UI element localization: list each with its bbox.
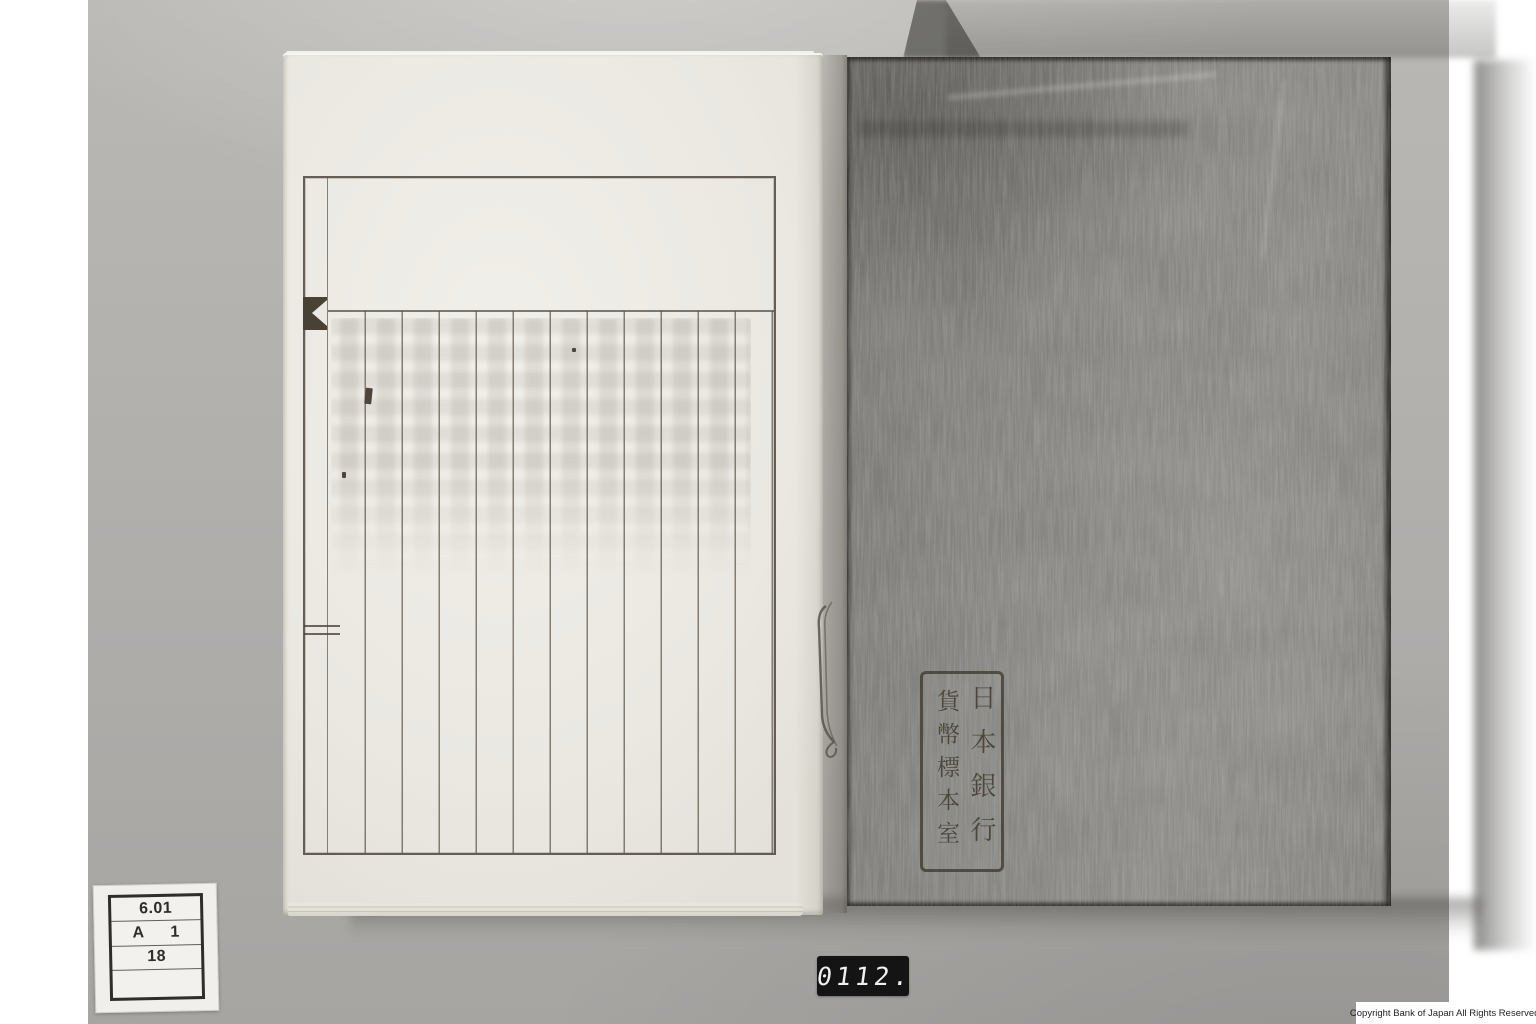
fishtail-mark-icon	[303, 297, 327, 330]
ink-speck	[342, 472, 346, 478]
label-row: 6.01	[111, 896, 200, 922]
shelf-label-card: 6.01 A 1 18	[93, 883, 220, 1014]
label-cell: 6.01	[139, 899, 173, 918]
stamp-column-right: 日本銀行	[963, 684, 1000, 860]
label-cell: 1	[170, 924, 180, 942]
label-row	[112, 969, 202, 998]
book-cover: 貨幣標本室 日本銀行	[847, 57, 1391, 906]
label-cell: 18	[147, 948, 166, 966]
frame-counter: 0112.	[817, 956, 909, 996]
counter-display: 0112.	[812, 962, 914, 991]
shelf-label-table: 6.01 A 1 18	[108, 893, 205, 1001]
ink-speck	[572, 348, 576, 352]
shadow-right-of-book	[1474, 60, 1536, 950]
hanshin-divider-line	[304, 625, 340, 627]
stamp-column-left: 貨幣標本室	[930, 689, 963, 854]
copyright-notice: Copyright Bank of Japan All Rights Reser…	[1356, 1002, 1536, 1024]
shadow-above-book	[946, 0, 1496, 58]
book-gutter	[795, 55, 847, 913]
binding-thread-icon	[810, 596, 844, 768]
archival-photo-page: 貨幣標本室 日本銀行 6.01 A 1 18 0112. Copyright B…	[0, 0, 1536, 1024]
cover-stamp: 貨幣標本室 日本銀行	[920, 671, 1004, 872]
bleed-through-text	[331, 318, 751, 578]
hanshin-fold-column	[305, 178, 328, 853]
label-row: A 1	[111, 920, 200, 946]
printed-page-frame	[303, 176, 776, 855]
cover-crease	[858, 121, 1188, 137]
label-cell: A	[132, 924, 144, 942]
page-sheet-edges	[288, 903, 803, 916]
label-row: 18	[112, 945, 201, 971]
hanshin-divider-line	[304, 633, 340, 635]
